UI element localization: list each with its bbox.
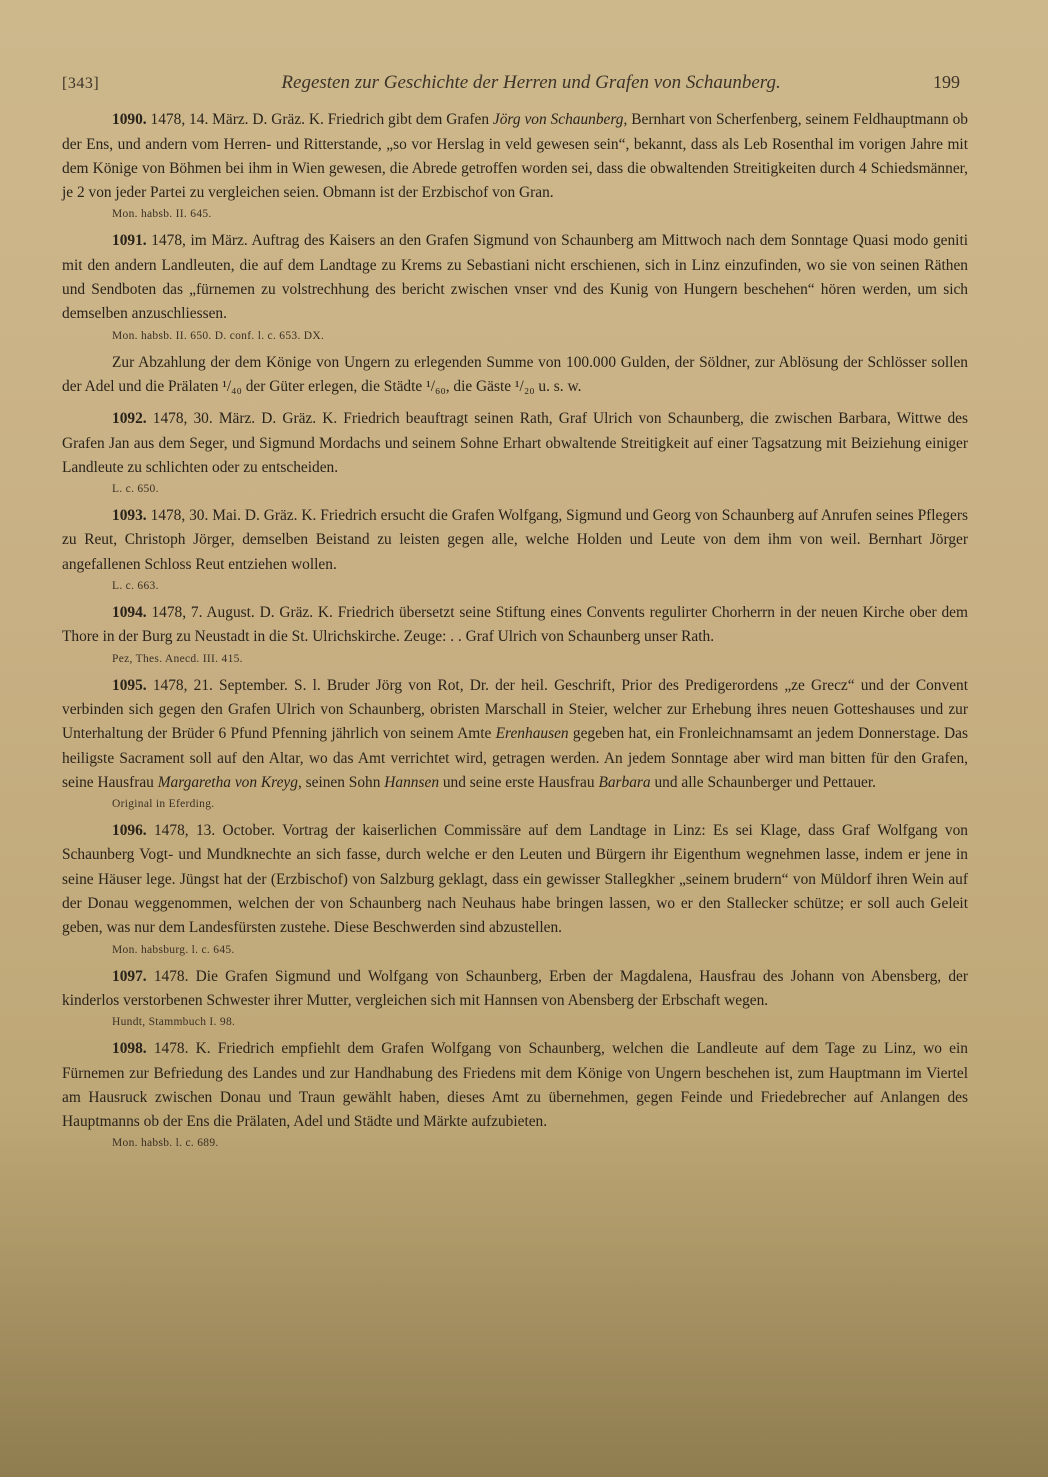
entry-1092: 1092. 1478, 30. März. D. Gräz. K. Friedr… bbox=[62, 407, 968, 498]
entry-text: 1478, im März. Auftrag des Kaisers an de… bbox=[62, 232, 968, 322]
entry-italic: Hannsen bbox=[384, 774, 439, 791]
entry-number: 1098. bbox=[112, 1040, 147, 1057]
entry-italic: Margaretha von Kreyg bbox=[158, 774, 298, 791]
entry-1096: 1096. 1478, 13. October. Vortrag der kai… bbox=[62, 819, 968, 958]
entry-source: Hundt, Stammbuch I. 98. bbox=[112, 1013, 968, 1031]
entry-italic: Jörg von Schaunberg bbox=[493, 111, 624, 128]
running-header: [343] Regesten zur Geschichte der Herren… bbox=[62, 70, 968, 96]
entry-1093: 1093. 1478, 30. Mai. D. Gräz. K. Friedri… bbox=[62, 504, 968, 595]
entry-number: 1097. bbox=[112, 968, 147, 985]
folio-left: [343] bbox=[62, 72, 99, 96]
entry-number: 1092. bbox=[112, 410, 147, 427]
entry-text: 1478. Die Grafen Sigmund und Wolfgang vo… bbox=[62, 968, 968, 1009]
document-page: [343] Regesten zur Geschichte der Herren… bbox=[62, 70, 968, 1158]
entry-source: Mon. habsb. II. 645. bbox=[112, 205, 968, 223]
entry-source: Original in Eferding. bbox=[112, 795, 968, 813]
entry-number: 1090. bbox=[112, 111, 147, 128]
entry-1095: 1095. 1478, 21. September. S. l. Bruder … bbox=[62, 674, 968, 813]
entry-1097: 1097. 1478. Die Grafen Sigmund und Wolfg… bbox=[62, 965, 968, 1032]
note-paragraph: Zur Abzahlung der dem Könige von Ungern … bbox=[62, 351, 968, 400]
entry-source: Pez, Thes. Anecd. III. 415. bbox=[112, 650, 968, 668]
entry-text: und seine erste Hausfrau bbox=[439, 774, 598, 791]
entry-text: 1478, 13. October. Vortrag der kaiserlic… bbox=[62, 822, 968, 936]
entry-1090: 1090. 1478, 14. März. D. Gräz. K. Friedr… bbox=[62, 108, 968, 223]
entry-1091: 1091. 1478, im März. Auftrag des Kaisers… bbox=[62, 229, 968, 344]
entry-text: 1478. K. Friedrich empfiehlt dem Grafen … bbox=[62, 1040, 968, 1130]
entry-number: 1091. bbox=[112, 232, 147, 249]
page-number: 199 bbox=[933, 70, 968, 94]
entry-number: 1095. bbox=[112, 677, 147, 694]
entry-source: L. c. 663. bbox=[112, 577, 968, 595]
entry-text: 1478, 30. Mai. D. Gräz. K. Friedrich ers… bbox=[62, 507, 968, 573]
entry-source: Mon. habsb. l. c. 689. bbox=[112, 1134, 968, 1152]
entry-italic: Erenhausen bbox=[496, 725, 569, 742]
entry-source: L. c. 650. bbox=[112, 480, 968, 498]
entry-1098: 1098. 1478. K. Friedrich empfiehlt dem G… bbox=[62, 1037, 968, 1152]
entry-text: und alle Schaunberger und Pettauer. bbox=[651, 774, 876, 791]
entry-text: 1478, 30. März. D. Gräz. K. Friedrich be… bbox=[62, 410, 968, 476]
entry-number: 1094. bbox=[112, 604, 147, 621]
note-text: Zur Abzahlung der dem Könige von Ungern … bbox=[62, 351, 968, 400]
entry-italic: Barbara bbox=[598, 774, 650, 791]
entry-number: 1093. bbox=[112, 507, 147, 524]
entry-source: Mon. habsburg. l. c. 645. bbox=[112, 941, 968, 959]
running-title: Regesten zur Geschichte der Herren und G… bbox=[99, 71, 933, 95]
entry-text: 1478, 7. August. D. Gräz. K. Friedrich ü… bbox=[62, 604, 968, 645]
entry-1094: 1094. 1478, 7. August. D. Gräz. K. Fried… bbox=[62, 601, 968, 668]
entry-source: Mon. habsb. II. 650. D. conf. l. c. 653.… bbox=[112, 327, 968, 345]
entry-text: 1478, 14. März. D. Gräz. K. Friedrich gi… bbox=[147, 111, 493, 128]
entry-text: , seinen Sohn bbox=[298, 774, 384, 791]
entry-number: 1096. bbox=[112, 822, 147, 839]
